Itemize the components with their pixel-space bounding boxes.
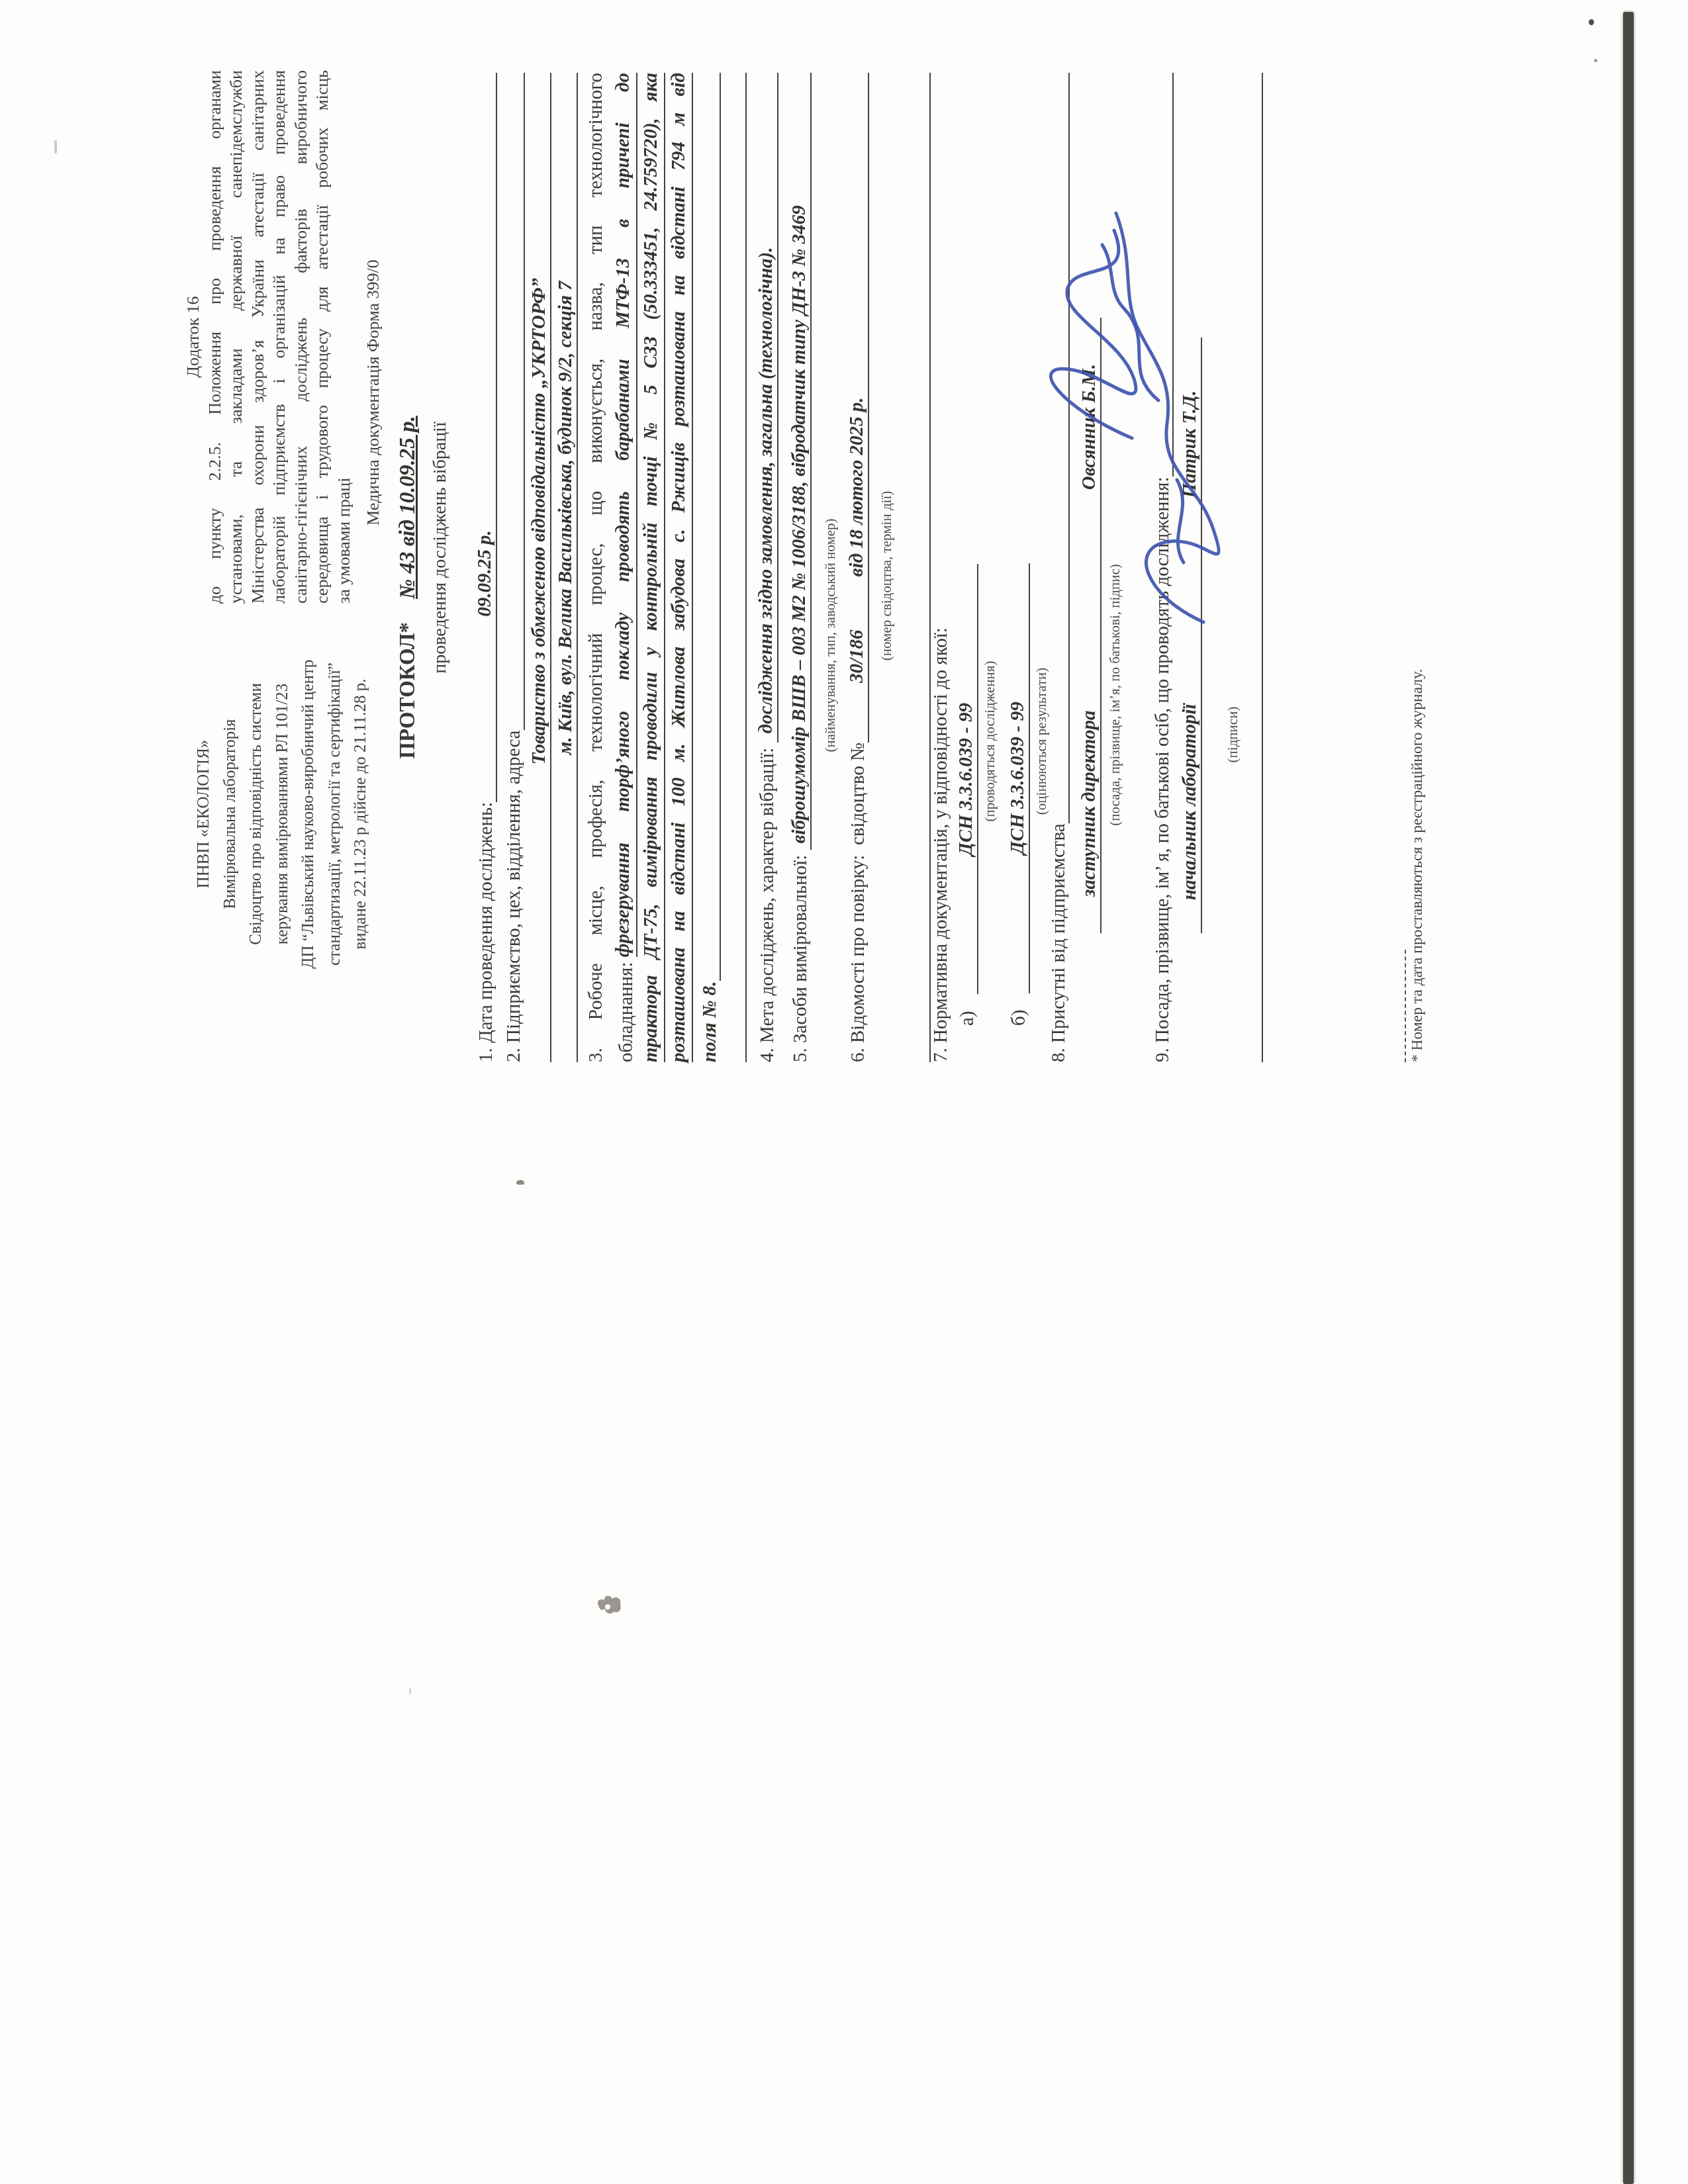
item3-line2-rule: фрезерування торф’яного покладу проводят… [608,73,637,957]
item9-role: начальник лабораторії [1179,704,1201,933]
item6-label: 6. Відомості про повірку: свідоцтво № [847,743,869,1062]
item3-line3-row: трактора ДТ-75, вимірювання проводили у … [637,73,665,1062]
item7b-label: б) [1008,1010,1030,1026]
item3-line5-rule [692,73,721,981]
scan-speck [1594,59,1597,62]
item7-row: 7. Нормативна документація, у відповідно… [924,73,952,1062]
item9-caption: (підписи) [1223,635,1242,834]
item6-value-date: від 18 лютого 2025 р. [846,397,868,576]
item3-line4-row: розташована на відстані 100 м. Житлова з… [665,73,693,1062]
blank-ruled-line [1262,73,1263,1062]
scan-speck [54,140,57,154]
item2-line3: м. Київ, вул. Велика Васильківська, буди… [549,73,578,1062]
blank-ruled-line [745,73,747,1062]
item2-value-1: Товариство з обмеженою відповідальністю … [528,278,550,857]
item3-line5-row: поля № 8. [693,73,721,1062]
scan-speck [516,1180,524,1185]
item2-value-2: м. Київ, вул. Велика Васильківська, буди… [555,281,577,854]
item6-value-number: 30/186 [846,630,868,684]
item2-value-row-2: м. Київ, вул. Велика Васильківська, буди… [550,73,578,1062]
item1-label: 1. Дата проведення досліджень: [475,802,497,1062]
item3-line2: обладнання: фрезерування торф’яного покл… [610,73,637,1062]
item7a-row: а) ДСН 3.3.6.039 - 99 [951,73,978,1062]
item5-label: 5. Засоби вимірювальної: [790,850,812,1062]
item2-line [496,73,525,731]
item1-line: 09.09.25 р. [468,73,497,802]
signature-ink-2 [1104,179,1256,642]
item5-line: віброшумомір ВШВ – 003 М2 № 1006/3188, в… [782,73,812,850]
item2-line2: Товариство з обмеженою відповідальністю … [522,73,551,1062]
form-content: ПРОТОКОЛ*№ 43 від 10.09.25 р. проведення… [0,73,1688,1062]
item4-value: дослідження згідно замовлення, загальна … [755,247,777,743]
item7a-value: ДСН 3.3.6.039 - 99 [955,703,977,856]
scanner-streak-artifact [1623,12,1634,2184]
scanned-page: ПНВП «ЕКОЛОГІЯ» Вимірювальна лабораторія… [0,0,1688,2184]
item6-caption: (номер свідоцтва, термін дії) [877,377,896,774]
item1-value: 09.09.25 р. [474,530,496,802]
item3-line3-rule: трактора ДТ-75, вимірювання проводили у … [636,73,665,1062]
item8-role: заступник директора [1078,710,1100,933]
protocol-subtitle: проведення досліджень вібрації [428,73,453,1062]
item1-row: 1. Дата проведення досліджень: 09.09.25 … [469,73,497,1062]
item3-line5: поля № 8. [699,981,721,1062]
item3-line2-label: обладнання: [616,957,637,1062]
item6-row: 6. Відомості про повірку: свідоцтво № 30… [841,73,869,1062]
item5-row: 5. Засоби вимірювальної: віброшумомір ВШ… [784,73,812,1062]
item3-line4: розташована на відстані 100 м. Житлова з… [665,73,692,1062]
item7a-line: ДСН 3.3.6.039 - 99 [949,564,978,994]
item7a-label: а) [957,1011,978,1026]
item2-value-row-1: Товариство з обмеженою відповідальністю … [524,73,551,1062]
item3-line1: 3. Робоче місце, професія, технологічний… [582,73,610,1062]
item7a-caption: (проводяться дослідження) [980,526,999,956]
scan-speck [409,1688,411,1694]
item5-value: віброшумомір ВШВ – 003 М2 № 1006/3188, в… [788,205,810,850]
item2-row: 2. Підприємство, цех, відділення, адреса [497,73,525,1062]
item7b-line: ДСН 3.3.6.039 - 99 [1001,563,1030,993]
item4-label: 4. Мета досліджень, характер вібрації: [757,743,778,1062]
item3-line4-rule: розташована на відстані 100 м. Житлова з… [664,73,693,1062]
item4-row: 4. Мета досліджень, характер вібрації: д… [751,73,778,1062]
item3-line3: трактора ДТ-75, вимірювання проводили у … [637,73,664,1062]
rotated-document: ПНВП «ЕКОЛОГІЯ» Вимірювальна лабораторія… [0,0,1688,2184]
item8-label: 8. Присутні від підприємства [1048,823,1070,1062]
ink-blot-artifact [596,1592,624,1616]
item4-line: дослідження згідно замовлення, загальна … [749,73,778,743]
footnote-text: * Номер та дата проставляються з реєстра… [1409,467,1427,1062]
item6-line: 30/186від 18 лютого 2025 р. [840,73,869,743]
protocol-title-word: ПРОТОКОЛ* [396,622,420,759]
protocol-title: ПРОТОКОЛ*№ 43 від 10.09.25 р. [392,73,424,1062]
scan-speck [1589,19,1594,25]
protocol-number: № 43 від 10.09.25 р. [396,416,420,599]
item5-caption: (найменування, тип, заводський номер) [821,437,839,834]
item7b-value: ДСН 3.3.6.039 - 99 [1007,702,1029,854]
footnote-rule [1405,950,1406,1062]
item3-line2-value: фрезерування торф’яного покладу проводят… [610,73,636,957]
